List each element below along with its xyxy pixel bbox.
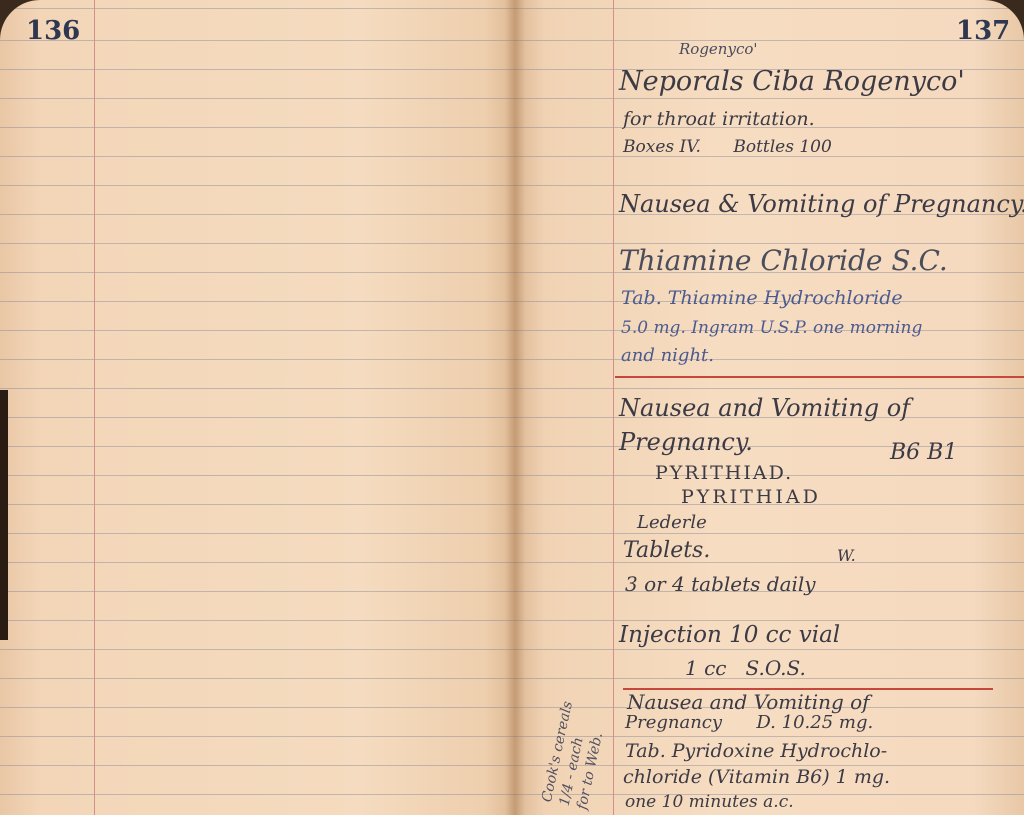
entry-4-line-2: Pregnancy D. 10.25 mg. xyxy=(625,712,873,733)
page-number-left: 136 xyxy=(26,16,80,46)
entry-3-maker: Lederle xyxy=(637,512,707,533)
red-divider-1 xyxy=(615,376,1024,378)
entry-2-line-5: and night. xyxy=(621,345,714,366)
entry-2-line-1: Nausea & Vomiting of Pregnancy. xyxy=(619,190,1024,218)
entry-4-line-1: Nausea and Vomiting of xyxy=(627,690,870,714)
entry-4-line-5: one 10 minutes a.c. xyxy=(625,792,794,812)
entry-3-dose: 3 or 4 tablets daily xyxy=(625,572,816,596)
right-margin-line xyxy=(613,0,614,815)
entry-3-brand-1: PYRITHIAD. xyxy=(655,462,793,484)
entry-1-line-4: Boxes IV. Bottles 100 xyxy=(623,137,832,157)
entry-4-line-3: Tab. Pyridoxine Hydrochlo- xyxy=(625,740,887,762)
left-margin-line xyxy=(94,0,95,815)
page-number-right: 137 xyxy=(956,16,1010,46)
entry-3-line-2: Pregnancy. xyxy=(619,428,753,456)
entry-2-line-4: 5.0 mg. Ingram U.S.P. one morning xyxy=(621,318,922,338)
entry-4-line-4: chloride (Vitamin B6) 1 mg. xyxy=(623,766,890,788)
page-edge-shadow xyxy=(0,390,8,640)
entry-2-line-2: Thiamine Chloride S.C. xyxy=(619,244,948,277)
entry-3-sos: 1 cc S.O.S. xyxy=(685,656,806,680)
entry-3-w: W. xyxy=(837,546,856,565)
entry-2-line-3: Tab. Thiamine Hydrochloride xyxy=(621,287,903,309)
left-page: 136 xyxy=(0,0,515,815)
book-spine xyxy=(505,0,525,815)
entry-1-line-2: Neporals Ciba Rogenyco' xyxy=(619,66,965,97)
entry-3-line-1: Nausea and Vomiting of xyxy=(619,394,910,422)
entry-3-vitamins: B6 B1 xyxy=(890,440,957,465)
entry-1-line-1: Rogenyco' xyxy=(679,40,758,58)
entry-3-form: Tablets. xyxy=(623,538,710,563)
entry-3-injection: Injection 10 cc vial xyxy=(619,622,840,648)
entry-3-brand-2: PYRITHIAD xyxy=(681,486,821,508)
right-page: 137 Rogenyco' Neporals Ciba Rogenyco' fo… xyxy=(515,0,1024,815)
ruled-lines xyxy=(0,0,515,815)
entry-1-line-3: for throat irritation. xyxy=(623,108,815,130)
